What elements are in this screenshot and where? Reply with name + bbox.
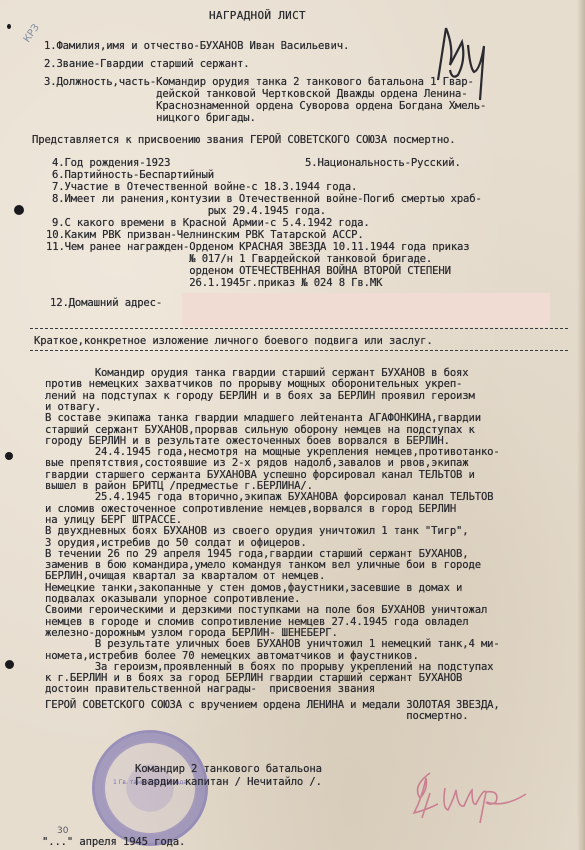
award-sheet: КРЗ НАГРАДНОЙ ЛИСТ 1.Фамилия,имя и отчес… (0, 0, 585, 850)
hole-punch-mark (7, 24, 11, 29)
narrative-line: За героизм,проявленный в боях по прорыву… (45, 661, 493, 673)
paper-edge-shadow (577, 0, 585, 850)
divider (30, 350, 568, 351)
narrative-line: гвардии старшего сержанта БУХАНОВА успеш… (45, 469, 475, 481)
field-position: 3.Должность,часть-Командир орудия танка … (44, 76, 474, 88)
field-nationality: 5.Национальность-Русский. (305, 157, 461, 169)
narrative-line: В двухдневных боях БУХАНОВ из своего ору… (45, 525, 469, 537)
narrative-line: В составе экипажа танка гвардии младшего… (45, 412, 481, 424)
narrative-line: посмертно. (45, 710, 469, 722)
narrative-line: 25.4.1945 года вторично,экипаж БУХАНОВА … (45, 491, 493, 503)
narrative-line: Своими героическими и дерзкими поступкам… (45, 604, 487, 616)
narrative-line: достоин правительственной награды- присв… (45, 683, 375, 695)
field-home-address-label: 12.Домашний адрес- (50, 297, 162, 309)
signer-position: Командир 2 танкового батальона (135, 763, 322, 775)
narrative-line: против немецких захватчиков по прорыву м… (45, 378, 462, 390)
narrative-line: и сломив ожесточенное сопротивление немц… (45, 503, 456, 515)
narrative-line: ГЕРОЙ СОВЕТСКОГО СОЮЗА с вручением орден… (45, 699, 500, 711)
narrative-line: немцев в городе и сломив сопротивление н… (45, 616, 469, 628)
field-previous-awards-cont: 26.1.1945г.приказ № 024 8 Гв.МК (46, 277, 382, 289)
ink-blot (5, 452, 13, 460)
date-line: "..." апреля 1945 года. (42, 836, 185, 848)
field-position-cont: дейской танковой Чертковской Дважды орде… (44, 88, 468, 100)
ink-blot (14, 205, 24, 215)
narrative-line: лений на подступах к городу БЕРЛИН и в б… (45, 390, 475, 402)
field-party: 6.Партийность-Беспартийный (52, 169, 214, 181)
narrative-line: вые препятствия,состоявшие из 2-х рядов … (45, 457, 469, 469)
narrative-line: В течении 26 по 29 апреля 1945 года,гвар… (45, 548, 469, 560)
field-rank: 2.Звание-Гвардии старший сержант. (44, 58, 250, 70)
field-previous-awards-cont: № 017/н 1 Гвардейской танковой бригаде. (46, 253, 432, 265)
field-wounds: 8.Имеет ли ранения,контузии в Отечествен… (52, 193, 482, 205)
narrative-line: городу БЕРЛИН и в результате ожесточенны… (45, 435, 450, 447)
field-army-since: 9.С какого времени в Красной Армии-с 5.4… (52, 217, 370, 229)
summary-heading: Краткое,конкретное изложение личного бое… (34, 335, 433, 347)
field-previous-awards: 11.Чем ранее награжден-Орденом КРАСНАЯ З… (46, 241, 470, 253)
narrative-line: Немецкие танки,закопанные у стен домов,ф… (45, 582, 462, 594)
margin-pencil-note: КРЗ (22, 22, 42, 44)
narrative-line: В результате уличных боев БУХАНОВ уничто… (45, 638, 500, 650)
field-wounds-cont: рых 29.4.1945 года. (52, 205, 326, 217)
document-title: НАГРАДНОЙ ЛИСТ (209, 10, 306, 22)
handwritten-day: 30 (57, 826, 68, 836)
field-position-cont: Краснознаменной ордена Суворова ордена Б… (44, 100, 486, 112)
narrative-line: 3 орудия,истребив до 50 солдат и офицеро… (45, 537, 307, 549)
redacted-address (182, 293, 550, 327)
narrative-line: заменив в бою командира,умело командуя т… (45, 559, 481, 571)
divider (30, 328, 568, 329)
field-position-cont: ницкого бригады. (44, 112, 256, 124)
narrative-line: старший сержант БУХАНОВ,прорвав сильную … (45, 424, 475, 436)
field-birth-year: 4.Год рождения-1923 (52, 157, 170, 169)
signature (400, 768, 550, 828)
field-war-participation: 7.Участие в Отечественной войне-с 18.3.1… (52, 181, 357, 193)
narrative-line: номета,истребив более 70 немецких автома… (45, 650, 419, 662)
ink-blot (5, 660, 14, 669)
field-name: 1.Фамилия,имя и отчество-БУХАНОВ Иван Ва… (44, 40, 349, 52)
signer-name: Гвардии капитан / Нечитайло /. (135, 776, 322, 788)
official-stamp: 1 Гв. танковая бригада (92, 730, 208, 846)
narrative-line: БЕРЛИН,очищая квартал за кварталом от не… (45, 570, 325, 582)
field-previous-awards-cont: орденом ОТЕЧЕСТВЕННАЯ ВОЙНА ВТОРОЙ СТЕПЕ… (46, 265, 451, 277)
field-draft-office: 10.Каким РВК призван-Челнинским РВК Тата… (46, 229, 364, 241)
presented-for: Представляется к присвоению звания ГЕРОЙ… (32, 134, 456, 146)
